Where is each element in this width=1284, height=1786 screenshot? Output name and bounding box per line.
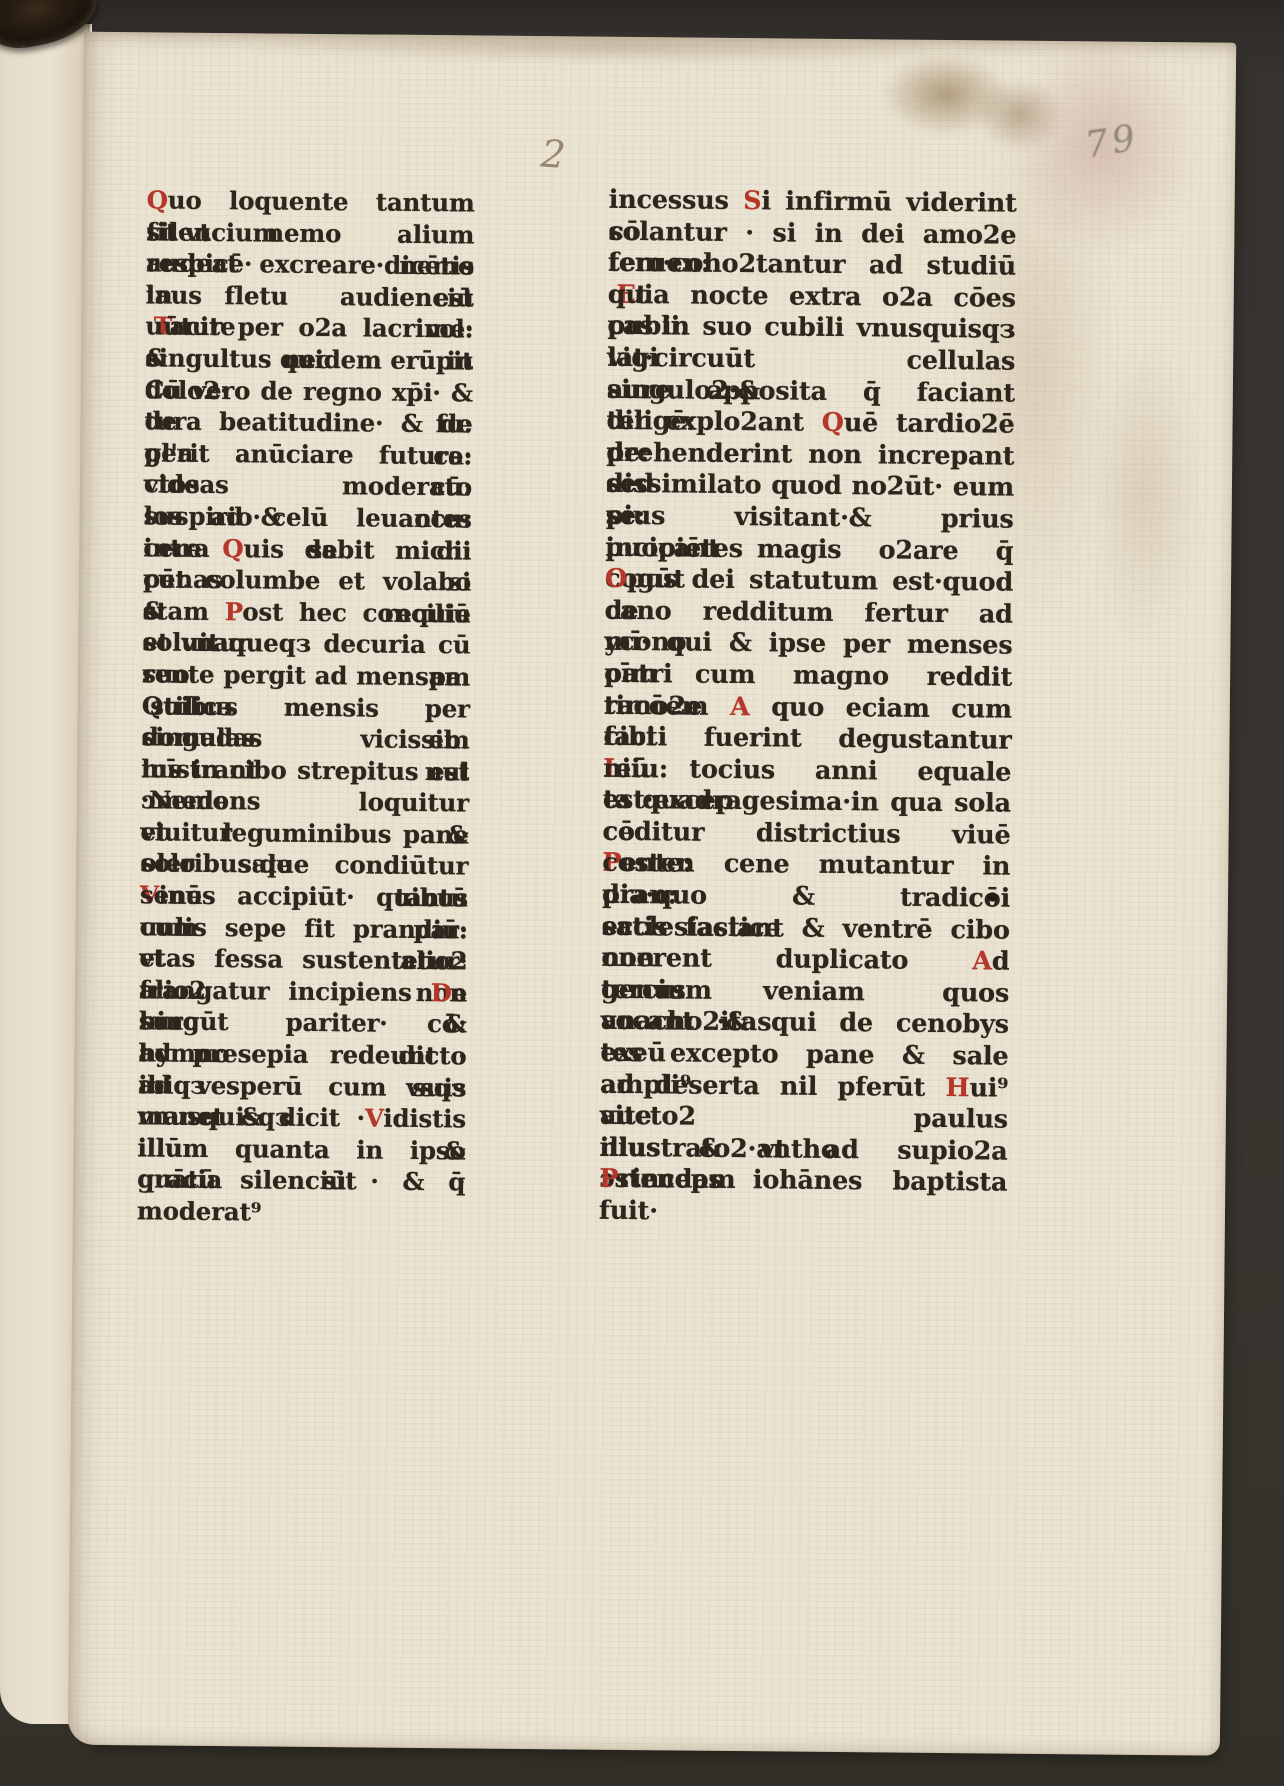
text-line: tura beatitudine· & de gl'a ce: — [144, 405, 472, 440]
text-line: incessus Si infirmū viderint cō — [609, 185, 1017, 221]
rubricated-initial: P — [599, 1164, 618, 1194]
text-line: manet & dicit ·Vidistis illū & — [138, 1100, 466, 1135]
text-line: Quo loquente tantum silencium — [147, 184, 475, 219]
text-line: puocant magis o2are q̄ cogūt — [605, 532, 1013, 568]
text-line: solantur · si in dei amo2e feruen: — [608, 216, 1016, 252]
text-line: ta quadragesima·in qua sola cō — [603, 785, 1011, 821]
text-line: ad vesperū cum suis vnusquisqз — [138, 1069, 466, 1104]
rubricated-initial: Q — [822, 408, 844, 438]
text-line: fit·vt nemo alium respicē· nemo — [146, 216, 474, 251]
text-line: et leguminibus & oleribus·que — [140, 816, 468, 851]
text-line: frangatur incipiens De hinc cō: — [139, 974, 467, 1009]
ink-dot — [988, 892, 997, 901]
text-line: genus veniam quos anacho2itas — [601, 975, 1009, 1011]
manuscript-page: 2 79 Quo loquente tantum silenciumfit·vt… — [68, 32, 1236, 1756]
text-line: singultus quidem erūpit dolo2· — [145, 342, 473, 377]
text-line: cut columbe et volabo & requie — [143, 563, 471, 598]
text-line: uulis sepe fit prandiū· vt alio2 — [140, 911, 468, 946]
text-line: Quibus mensis per singulas eb: — [142, 690, 470, 725]
rubricated-initial: H — [945, 1073, 969, 1103]
stain — [224, 29, 984, 66]
left-text-column: Quo loquente tantum silenciumfit·vt nemo… — [137, 184, 475, 1198]
text-line: stam Post hec conciliū soluitur — [143, 595, 471, 630]
text-line: satis faciant & ventrē cibo non — [602, 911, 1010, 947]
text-line: cere Quis dabit michi pēnas si — [143, 532, 471, 567]
text-line: rente pergit ad mensam ·stilicз — [142, 658, 470, 693]
text-line: audeat excreare·dicētis laus est — [146, 248, 474, 283]
text-line: domadas vicissim mīstrant nul — [141, 721, 469, 756]
text-line: dissimilato quod no2ūt· eum se: — [606, 469, 1014, 505]
text-line: etas fessa sustentetur· alio2 non — [139, 943, 467, 978]
text-line: ter explo2ant Quē tardio2ē de: — [606, 406, 1014, 442]
text-line: onerent duplicato Ad tercium — [601, 943, 1009, 979]
scan-background: 2 79 Quo loquente tantum silenciumfit·vt… — [0, 0, 1284, 1786]
folio-number-pencil: 79 — [1083, 118, 1142, 166]
text-line: senes accipiūt· quibus cum par: — [140, 879, 468, 914]
rubricated-initial: Q — [222, 534, 243, 563]
text-line: tem·coho2tantur ad studiū ·Et — [608, 248, 1016, 284]
text-line: mī· qui & ipse per menses patri — [604, 627, 1012, 663]
text-line: racōem A quo eciam cum cibi — [604, 690, 1012, 726]
text-line: et vnaqueqз decuria cū suo pa: — [142, 627, 470, 662]
text-line: solo sale condiūtur Vinū tantū — [140, 848, 468, 883]
stain — [1088, 341, 1201, 642]
text-line: surgūt pariter· & hymno dicto — [139, 1006, 467, 1041]
text-line: ɔmedens loquitur viuitur pane — [141, 785, 469, 820]
text-line: oīm cum magno reddit timo2e — [604, 659, 1012, 695]
text-line: los ad celū leuantes intra se di: — [143, 500, 471, 535]
text-line: ad presepia redeunt · ibiqз vsqз — [138, 1037, 466, 1072]
rubricated-initial: D — [431, 978, 452, 1007]
text-line: uūtur per o2a lacrime· & nec in — [145, 311, 473, 346]
text-line: prehenderint non increpant sed — [606, 437, 1014, 473]
text-line: Opus dei statutum est·quod de — [605, 564, 1013, 600]
rubricated-initial: Q — [147, 185, 168, 214]
text-line: ctos moderato suspirio·& ocu: — [144, 469, 472, 504]
text-line: ad deserta nil pferūt Hui⁹ vite — [600, 1069, 1008, 1105]
folio-number-ink: 2 — [539, 131, 567, 177]
text-line: quātū silenciū · & q̄ moderat⁹ — [137, 1164, 465, 1199]
text-line: illum quanta in ipso gracia sit · — [137, 1132, 465, 1167]
text-line: perit anūciare futura· videas cū: — [144, 437, 472, 472]
text-line: dia·quo & tradicōi ecclesiastice — [602, 880, 1010, 916]
rubricated-initial: V — [365, 1104, 384, 1133]
right-text-column: incessus Si infirmū viderint cōsolantur … — [599, 185, 1017, 1200]
stain — [853, 35, 1084, 167]
rubricated-initial: A — [972, 947, 992, 977]
text-line: aucto2 paulus illustrato2·antho — [600, 1101, 1008, 1137]
text-line: facti fuerint degustantur Ieiu: — [603, 722, 1011, 758]
text-line: vocant ·& qui de cenobys exeū — [601, 1006, 1009, 1042]
text-line: cano redditum fertur ad ycono — [605, 595, 1013, 631]
text-line: Cū vero de regno xp̄i· & de fu: — [145, 374, 473, 409]
rubricated-initial: S — [743, 186, 762, 216]
text-line: tes excepto pane & sale ampli⁹ — [600, 1038, 1008, 1074]
text-line: lus in cibo strepitus est ·Nemo — [141, 753, 469, 788]
text-line: in fletu audienciū ·Tacite vol: — [146, 279, 474, 314]
text-line: costen cene mutantur in pran: — [602, 848, 1010, 884]
text-line: niū tocius anni equale est·excep — [603, 753, 1011, 789]
text-line: Princeps iohānes baptista fuit· — [599, 1164, 1007, 1200]
text-line: pius visitant·& prius incipiētes — [606, 501, 1014, 537]
text-line: cas·in suo cubili vnusquisqз vigi — [607, 311, 1015, 347]
text-line: nius & vt ad supio2a ɔstendam — [599, 1133, 1007, 1169]
text-line: quia nocte extra o2a cōes publi: — [608, 280, 1016, 316]
text-line: ceditur districtius viuē Pente: — [602, 817, 1010, 853]
rubricated-initial: A — [730, 691, 750, 721]
text-line: lat·circuūt cellulas singulo2·& — [607, 343, 1015, 379]
text-line: aure apposita q̄ faciant diligē: — [607, 374, 1015, 410]
rubricated-initial: P — [225, 597, 243, 626]
rubricated-initial: O — [605, 564, 627, 594]
